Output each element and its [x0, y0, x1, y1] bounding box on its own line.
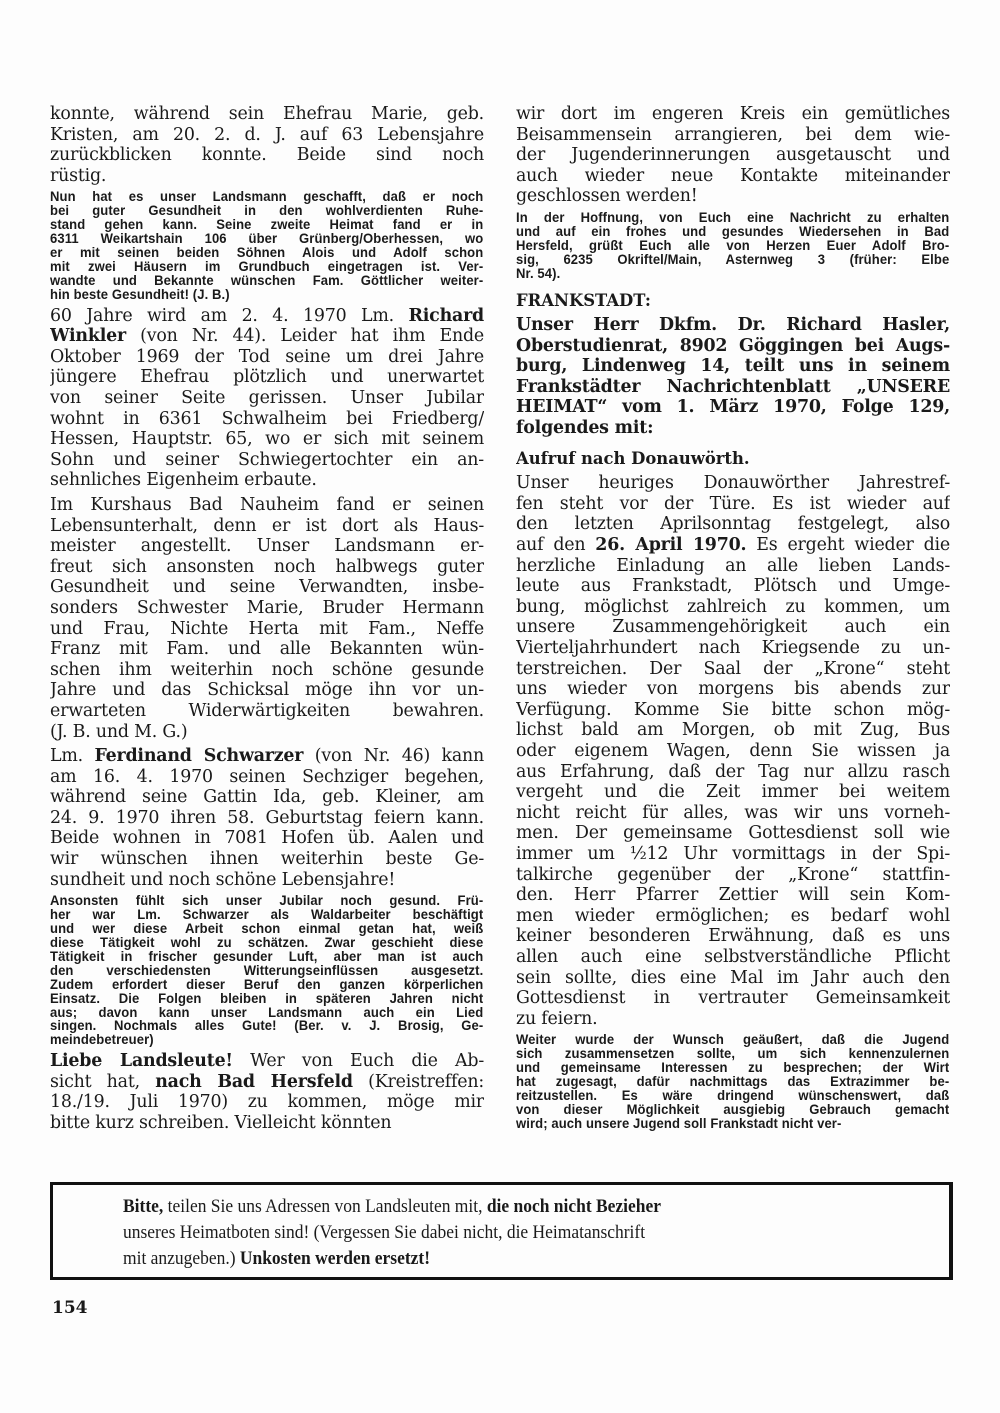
text-run: Unser Herr Dkfm. Dr. Richard Hasler,	[516, 315, 950, 335]
text-run: Beide wohnen in 7081 Hofen üb. Aalen und	[50, 828, 484, 848]
left-column: konnte, während sein Ehefrau Marie, geb.…	[50, 104, 484, 1134]
paragraph-winkler-work: Im Kurshaus Bad Nauheim fand er seinenLe…	[50, 495, 484, 742]
text-run: keiner besonderen Erwähnung, daß es uns	[516, 926, 950, 946]
text-line: den. Herr Pfarrer Zettier will sein Kom-	[516, 885, 950, 906]
text-line: Gottesdienst in vertrauter Gemeinsamkeit	[516, 988, 950, 1009]
bold-text: die noch nicht Bezieher	[487, 1196, 661, 1217]
text-run: Frankstädter Nachrichtenblatt „UNSERE	[516, 377, 950, 397]
text-line: und Frau, Nichte Herta mit Fam., Neffe	[50, 619, 484, 640]
text-line: wir dort im engeren Kreis ein gemütliche…	[516, 104, 950, 125]
text-run: sicht hat,	[50, 1072, 155, 1092]
text-line: keiner besonderen Erwähnung, daß es uns	[516, 926, 950, 947]
text-line: aus Erfahrung, daß der Tag nur allzu ras…	[516, 762, 950, 783]
text-run: nicht reicht für alles, was wir uns vorn…	[516, 803, 950, 823]
text-line: her war Lm. Schwarzer als Waldarbeiter b…	[50, 908, 483, 922]
text-run: hat zugesagt, dafür nachmittags das Extr…	[516, 1075, 949, 1089]
text-run: aus; davon kann unser Landsmann auch ein…	[50, 1006, 483, 1020]
text-run: und wer diese Arbeit schon einmal getan …	[50, 922, 483, 936]
text-run: den. Herr Pfarrer Zettier will sein Kom-	[516, 885, 950, 905]
paragraph-bad-hersfeld-call: Liebe Landsleute! Wer von Euch die Ab-si…	[50, 1051, 484, 1133]
text-run: freut sich ansonsten noch halbwegs guter	[50, 557, 484, 577]
text-line: freut sich ansonsten noch halbwegs guter	[50, 557, 484, 578]
text-run: folgendes mit:	[516, 418, 653, 438]
notice-text: Bitte, teilen Sie uns Adressen von Lands…	[123, 1194, 883, 1272]
text-line: nicht reicht für alles, was wir uns vorn…	[516, 803, 950, 824]
text-run: men. Der gemeinsame Gottesdienst soll wi…	[516, 823, 950, 843]
text-line: Unser Herr Dkfm. Dr. Richard Hasler,	[516, 315, 950, 336]
text-run: Im Kurshaus Bad Nauheim fand er seinen	[50, 495, 484, 515]
text-run: Jahre und das Schicksal möge ihn vor un-	[50, 680, 484, 700]
text-line: Kristen, am 20. 2. d. J. auf 63 Lebensja…	[50, 125, 484, 146]
bold-text: Jugend	[902, 1033, 949, 1047]
text-line: der Jugenderinnerungen ausgetauscht und	[516, 145, 950, 166]
text-line: vergeht und die Zeit immer bei weitem	[516, 782, 950, 803]
text-line: Nun hat es unser Landsmann geschafft, da…	[50, 190, 483, 204]
text-run: wandte und Bekannte wünschen Fam. Göttli…	[50, 274, 483, 288]
text-line: uns wieder von morgens bis abends zur	[516, 679, 950, 700]
text-run: 24. 9. 1970 ihren 58. Geburtstag feiern …	[50, 808, 484, 828]
paragraph-bad-hersfeld-continued: wir dort im engeren Kreis ein gemütliche…	[516, 104, 950, 207]
text-line: Liebe Landsleute! Wer von Euch die Ab-	[50, 1051, 484, 1072]
text-run: 6311 Weikartshain 106 über Grünberg/Ober…	[50, 232, 483, 246]
text-run: Gottesdienst in vertrauter Gemeinsamkeit	[516, 988, 950, 1008]
text-run: Sohn und seiner Schwiegertochter ein an-	[50, 450, 484, 470]
bold-text: nach Bad Hersfeld	[155, 1072, 353, 1092]
text-line: von seiner Seite gerissen. Unser Jubilar	[50, 388, 484, 409]
text-line: leute aus Frankstadt, Plötsch und Umge-	[516, 576, 950, 597]
text-line: mit zwei Häusern im Grundbuch eingetrage…	[50, 260, 483, 274]
text-line: Bitte, teilen Sie uns Adressen von Lands…	[123, 1194, 830, 1220]
text-line: zurückblicken konnte. Beide sind noch	[50, 145, 484, 166]
text-line: bei guter Gesundheit in den wohlverdient…	[50, 204, 483, 218]
text-run: den verschiedensten Witterungseinflüssen…	[50, 964, 483, 978]
text-run: und auf ein frohes und gesundes Wiederse…	[516, 225, 949, 239]
text-run: Es ergeht wieder die	[746, 535, 950, 555]
paragraph-schwarzer-birthday: Lm. Ferdinand Schwarzer (von Nr. 46) kan…	[50, 746, 484, 890]
subheading-aufruf: Aufruf nach Donauwörth.	[516, 449, 950, 470]
bold-text: 26. April 1970.	[595, 535, 746, 555]
text-run: (von Nr. 46) kann	[303, 746, 484, 766]
text-line: mit anzugeben.) Unkosten werden ersetzt!	[123, 1246, 830, 1272]
text-line: auf den 26. April 1970. Es ergeht wieder…	[516, 535, 950, 556]
text-run: oder eigenem Wagen, denn Sie wissen ja	[516, 741, 950, 761]
text-run: auch wieder neue Kontakte miteinander	[516, 166, 950, 186]
text-run: zurückblicken konnte. Beide sind noch	[50, 145, 484, 165]
text-run: geschlossen werden!	[516, 186, 698, 206]
text-line: rüstig.	[50, 166, 484, 187]
text-run: teilen Sie uns Adressen von Landsleuten …	[163, 1196, 487, 1217]
text-run: wird; auch unsere Jugend soll Frankstadt…	[516, 1117, 841, 1131]
text-line: zu feiern.	[516, 1009, 950, 1030]
text-run: Nun hat es unser Landsmann geschafft, da…	[50, 190, 483, 204]
text-line: den verschiedensten Witterungseinflüssen…	[50, 964, 483, 978]
right-column: wir dort im engeren Kreis ein gemütliche…	[516, 104, 950, 1131]
text-run: Lebensunterhalt, denn er ist dort als Ha…	[50, 516, 484, 536]
text-run: 60 Jahre wird am 2. 4. 1970 Lm.	[50, 306, 409, 326]
text-line: Vierteljahrhundert nach Kriegsende zu un…	[516, 638, 950, 659]
text-line: Lm. Ferdinand Schwarzer (von Nr. 46) kan…	[50, 746, 484, 767]
text-run: diese Tätigkeit wohl zu schätzen. Zwar g…	[50, 936, 483, 950]
text-run: Tätigkeit in frischer gesunder Luft, abe…	[50, 950, 483, 964]
text-run: rüstig.	[50, 166, 106, 186]
text-run: von seiner Seite gerissen. Unser Jubilar	[50, 388, 484, 408]
text-line: schen ihm weiterhin noch schöne gesunde	[50, 660, 484, 681]
text-line: terstreichen. Der Saal der „Krone“ steht	[516, 659, 950, 680]
text-run: wir dort im engeren Kreis ein gemütliche…	[516, 104, 950, 124]
text-line: Beide wohnen in 7081 Hofen üb. Aalen und	[50, 828, 484, 849]
text-line: am 16. 4. 1970 seinen Sechziger begehen,	[50, 767, 484, 788]
text-run: sig, 6235 Okriftel/Main, Asternweg 3 (fr…	[516, 253, 949, 267]
text-run: mit zwei Häusern im Grundbuch eingetrage…	[50, 260, 483, 274]
text-run: 18./19. Juli 1970) zu kommen, möge mir	[50, 1092, 484, 1112]
text-line: Jahre und das Schicksal möge ihn vor un-	[50, 680, 484, 701]
text-line: und wer diese Arbeit schon einmal getan …	[50, 922, 483, 936]
text-run: Gesundheit und seine Verwandten, insbe-	[50, 577, 484, 597]
text-run: bitte kurz schreiben. Vielleicht könnten	[50, 1113, 391, 1133]
text-line: HEIMAT“ vom 1. März 1970, Folge 129,	[516, 397, 950, 418]
text-run: meindebetreuer)	[50, 1033, 154, 1047]
notice-box: Bitte, teilen Sie uns Adressen von Lands…	[50, 1182, 953, 1280]
text-run: den letzten Aprilsonntag festgelegt, als…	[516, 514, 950, 534]
text-run: uns wieder von morgens bis abends zur	[516, 679, 950, 699]
text-line: sundheit und noch schöne Lebensjahre!	[50, 870, 484, 891]
text-line: während seine Gattin Ida, geb. Kleiner, …	[50, 787, 484, 808]
text-line: men. Der gemeinsame Gottesdienst soll wi…	[516, 823, 950, 844]
text-line: sig, 6235 Okriftel/Main, Asternweg 3 (fr…	[516, 253, 949, 267]
bold-text: Winkler	[50, 326, 126, 346]
text-run: sehnliches Eigenheim erbaute.	[50, 470, 317, 490]
text-run: Beisammensein arrangieren, bei dem wie-	[516, 125, 950, 145]
text-line: von dieser Möglichkeit ausgiebig Gebrauc…	[516, 1103, 949, 1117]
text-line: wir wünschen ihnen weiterhin beste Ge-	[50, 849, 484, 870]
text-line: unsere Zusammengehörigkeit auch ein	[516, 617, 950, 638]
text-line: hat zugesagt, dafür nachmittags das Extr…	[516, 1075, 949, 1089]
text-run: zu feiern.	[516, 1009, 598, 1029]
text-run: auf den	[516, 535, 595, 555]
text-run: fen steht vor der Türe. Es ist wieder au…	[516, 494, 950, 514]
text-run: leute aus Frankstadt, Plötsch und Umge-	[516, 576, 950, 596]
text-line: den letzten Aprilsonntag festgelegt, als…	[516, 514, 950, 535]
text-line: stand gehen kann. Seine zweite Heimat fa…	[50, 218, 483, 232]
text-line: Oktober 1969 der Tod seine um drei Jahre	[50, 347, 484, 368]
paragraph-goettlicher-intro: konnte, während sein Ehefrau Marie, geb.…	[50, 104, 484, 186]
text-run: aus Erfahrung, daß der Tag nur allzu ras…	[516, 762, 950, 782]
text-run: mit anzugeben.)	[123, 1248, 240, 1269]
text-run: während seine Gattin Ida, geb. Kleiner, …	[50, 787, 484, 807]
text-line: fen steht vor der Türe. Es ist wieder au…	[516, 494, 950, 515]
bold-text: Liebe Landsleute!	[50, 1051, 233, 1071]
text-run: (J. B. und M. G.)	[50, 722, 187, 742]
text-line: men wieder ermöglichen; es bedarf wohl	[516, 906, 950, 927]
text-run: Weiter wurde der Wunsch geäußert, daß di…	[516, 1033, 902, 1047]
paragraph-winkler-birthday: 60 Jahre wird am 2. 4. 1970 Lm. RichardW…	[50, 306, 484, 491]
text-line: folgendes mit:	[516, 418, 950, 439]
text-line: oder eigenem Wagen, denn Sie wissen ja	[516, 741, 950, 762]
section-heading-text: FRANKSTADT:	[516, 291, 950, 312]
text-run: konnte, während sein Ehefrau Marie, geb.	[50, 104, 484, 124]
text-line: burg, Lindenweg 14, teilt uns in seinem	[516, 356, 950, 377]
text-run: erwarteten Widerwärtigkeiten bewahren.	[50, 701, 484, 721]
text-run: Hersfeld, grüßt Euch alle von Herzen Eue…	[516, 239, 949, 253]
text-line: sein sollte, dies eine Mal im Jahr auch …	[516, 968, 950, 989]
text-run: unsere Zusammengehörigkeit auch ein	[516, 617, 950, 637]
text-line: talkirche gegenüber der „Krone“ stattfin…	[516, 865, 950, 886]
text-run: sein sollte, dies eine Mal im Jahr auch …	[516, 968, 950, 988]
text-line: er mit seinen beiden Söhnen Alois und Ad…	[50, 246, 483, 260]
text-run: jüngere Ehefrau plötzlich und unerwartet	[50, 367, 484, 387]
text-run: Ansonsten fühlt sich unser Jubilar noch …	[50, 894, 483, 908]
text-line: Franz mit Fam. und alle Bekannten wün-	[50, 639, 484, 660]
text-line: wird; auch unsere Jugend soll Frankstadt…	[516, 1117, 949, 1131]
text-line: 6311 Weikartshain 106 über Grünberg/Ober…	[50, 232, 483, 246]
text-run: unseres Heimatboten sind! (Vergessen Sie…	[123, 1222, 645, 1243]
text-run: hin beste Gesundheit! (J. B.)	[50, 288, 230, 302]
paragraph-hasler-intro: Unser Herr Dkfm. Dr. Richard Hasler,Ober…	[516, 315, 950, 439]
text-line: sicht hat, nach Bad Hersfeld (Kreistreff…	[50, 1072, 484, 1093]
text-run: meister angestellt. Unser Landsmann er-	[50, 536, 484, 556]
text-line: sich zusammensetzen sollte, um sich kenn…	[516, 1047, 949, 1061]
text-line: sehnliches Eigenheim erbaute.	[50, 470, 484, 491]
text-run: (Kreistreffen:	[353, 1072, 484, 1092]
text-run: Lm.	[50, 746, 94, 766]
text-line: Hessen, Hauptstr. 65, wo er sich mit sei…	[50, 429, 484, 450]
text-line: hin beste Gesundheit! (J. B.)	[50, 288, 483, 302]
text-run: Oktober 1969 der Tod seine um drei Jahre	[50, 347, 484, 367]
text-run: und Frau, Nichte Herta mit Fam., Neffe	[50, 619, 484, 639]
text-line: wohnt in 6361 Schwalheim bei Friedberg/	[50, 409, 484, 430]
text-run: (von Nr. 44). Leider hat ihm Ende	[126, 326, 484, 346]
text-run: talkirche gegenüber der „Krone“ stattfin…	[516, 865, 950, 885]
text-run: Einsatz. Die Folgen bleiben in späteren …	[50, 992, 483, 1006]
text-run: HEIMAT“ vom 1. März 1970, Folge 129,	[516, 397, 950, 417]
text-run: am 16. 4. 1970 seinen Sechziger begehen,	[50, 767, 484, 787]
text-run: stand gehen kann. Seine zweite Heimat fa…	[50, 218, 483, 232]
text-line: Zudem erfordert dieser Beruf den ganzen …	[50, 978, 483, 992]
text-line: meindebetreuer)	[50, 1033, 483, 1047]
text-run: men wieder ermöglichen; es bedarf wohl	[516, 906, 950, 926]
text-run: sonders Schwester Marie, Bruder Hermann	[50, 598, 484, 618]
paragraph-brosig-signoff: In der Hoffnung, von Euch eine Nachricht…	[516, 211, 950, 281]
text-line: Unser heuriges Donauwörther Jahrestref-	[516, 473, 950, 494]
text-run: reitzustellen. Es wäre dringend wünschen…	[516, 1089, 949, 1103]
text-line: Lebensunterhalt, denn er ist dort als Ha…	[50, 516, 484, 537]
text-line: In der Hoffnung, von Euch eine Nachricht…	[516, 211, 949, 225]
text-line: unseres Heimatboten sind! (Vergessen Sie…	[123, 1220, 830, 1246]
text-line: bung, möglichst zahlreich zu kommen, um	[516, 597, 950, 618]
paragraph-goettlicher-retirement: Nun hat es unser Landsmann geschafft, da…	[50, 190, 484, 301]
text-line: Oberstudienrat, 8902 Göggingen bei Augs-	[516, 336, 950, 357]
bold-text: Unkosten werden ersetzt!	[240, 1248, 430, 1269]
text-run: schen ihm weiterhin noch schöne gesunde	[50, 660, 484, 680]
text-run: Verfügung. Komme Sie bitte schon mög-	[516, 700, 950, 720]
text-line: Sohn und seiner Schwiegertochter ein an-	[50, 450, 484, 471]
text-run: In der Hoffnung, von Euch eine Nachricht…	[516, 211, 949, 225]
text-run: singen. Nochmals alles Gute! (Ber. v. J.…	[50, 1019, 483, 1033]
text-line: Winkler (von Nr. 44). Leider hat ihm End…	[50, 326, 484, 347]
text-line: aus; davon kann unser Landsmann auch ein…	[50, 1006, 483, 1020]
subheading-text: Aufruf nach Donauwörth.	[516, 449, 950, 470]
text-run: burg, Lindenweg 14, teilt uns in seinem	[516, 356, 950, 376]
text-line: und auf ein frohes und gesundes Wiederse…	[516, 225, 949, 239]
text-run: allen auch eine selbstverständliche Pfli…	[516, 947, 950, 967]
text-run: Oberstudienrat, 8902 Göggingen bei Augs-	[516, 336, 950, 356]
text-line: Hersfeld, grüßt Euch alle von Herzen Eue…	[516, 239, 949, 253]
text-run: Hessen, Hauptstr. 65, wo er sich mit sei…	[50, 429, 484, 449]
text-line: lichst bald am Morgen, ob mit Zug, Bus	[516, 720, 950, 741]
text-line: Beisammensein arrangieren, bei dem wie-	[516, 125, 950, 146]
bold-text: Bitte,	[123, 1196, 163, 1217]
bold-text: Ferdinand Schwarzer	[94, 746, 303, 766]
text-line: Gesundheit und seine Verwandten, insbe-	[50, 577, 484, 598]
paragraph-youth-meeting: Weiter wurde der Wunsch geäußert, daß di…	[516, 1033, 950, 1130]
text-line: wandte und Bekannte wünschen Fam. Göttli…	[50, 274, 483, 288]
text-run: herzliche Einladung an alle lieben Lands…	[516, 556, 950, 576]
text-line: und gemeinsame Interessen zu besprechen;…	[516, 1061, 949, 1075]
text-run: vergeht und die Zeit immer bei weitem	[516, 782, 950, 802]
text-run: her war Lm. Schwarzer als Waldarbeiter b…	[50, 908, 483, 922]
text-line: geschlossen werden!	[516, 186, 950, 207]
text-run: Nr. 54).	[516, 267, 560, 281]
text-line: diese Tätigkeit wohl zu schätzen. Zwar g…	[50, 936, 483, 950]
text-run: Unser heuriges Donauwörther Jahrestref-	[516, 473, 950, 493]
text-run: der Jugenderinnerungen ausgetauscht und	[516, 145, 950, 165]
text-line: reitzustellen. Es wäre dringend wünschen…	[516, 1089, 949, 1103]
text-line: immer um ½12 Uhr vormittags in der Spi-	[516, 844, 950, 865]
text-run: und gemeinsame Interessen zu besprechen;…	[516, 1061, 949, 1075]
text-line: auch wieder neue Kontakte miteinander	[516, 166, 950, 187]
text-line: Tätigkeit in frischer gesunder Luft, abe…	[50, 950, 483, 964]
text-line: 60 Jahre wird am 2. 4. 1970 Lm. Richard	[50, 306, 484, 327]
text-run: terstreichen. Der Saal der „Krone“ steht	[516, 659, 950, 679]
text-line: bitte kurz schreiben. Vielleicht könnten	[50, 1113, 484, 1134]
text-run: bei guter Gesundheit in den wohlverdient…	[50, 204, 483, 218]
paragraph-donauwoerth-meeting: Unser heuriges Donauwörther Jahrestref-f…	[516, 473, 950, 1029]
text-run: Zudem erfordert dieser Beruf den ganzen …	[50, 978, 483, 992]
text-line: Verfügung. Komme Sie bitte schon mög-	[516, 700, 950, 721]
text-run: wir wünschen ihnen weiterhin beste Ge-	[50, 849, 484, 869]
paragraph-schwarzer-details: Ansonsten fühlt sich unser Jubilar noch …	[50, 894, 484, 1047]
text-line: herzliche Einladung an alle lieben Lands…	[516, 556, 950, 577]
text-run: von dieser Möglichkeit ausgiebig Gebrauc…	[516, 1103, 949, 1117]
text-line: allen auch eine selbstverständliche Pfli…	[516, 947, 950, 968]
text-run: immer um ½12 Uhr vormittags in der Spi-	[516, 844, 950, 864]
text-run: bung, möglichst zahlreich zu kommen, um	[516, 597, 950, 617]
text-line: 18./19. Juli 1970) zu kommen, möge mir	[50, 1092, 484, 1113]
section-heading-frankstadt: FRANKSTADT:	[516, 291, 950, 312]
text-line: erwarteten Widerwärtigkeiten bewahren.	[50, 701, 484, 722]
newsletter-page: konnte, während sein Ehefrau Marie, geb.…	[0, 0, 1000, 1413]
text-line: jüngere Ehefrau plötzlich und unerwartet	[50, 367, 484, 388]
text-run: er mit seinen beiden Söhnen Alois und Ad…	[50, 246, 483, 260]
text-run: Vierteljahrhundert nach Kriegsende zu un…	[516, 638, 950, 658]
text-run: lichst bald am Morgen, ob mit Zug, Bus	[516, 720, 950, 740]
text-line: Einsatz. Die Folgen bleiben in späteren …	[50, 992, 483, 1006]
text-run: Kristen, am 20. 2. d. J. auf 63 Lebensja…	[50, 125, 484, 145]
page-number: 154	[52, 1298, 88, 1318]
text-run: sundheit und noch schöne Lebensjahre!	[50, 870, 395, 890]
text-run: sich zusammensetzen sollte, um sich kenn…	[516, 1047, 949, 1061]
text-line: meister angestellt. Unser Landsmann er-	[50, 536, 484, 557]
text-line: Im Kurshaus Bad Nauheim fand er seinen	[50, 495, 484, 516]
bold-text: Richard	[409, 306, 484, 326]
text-line: Weiter wurde der Wunsch geäußert, daß di…	[516, 1033, 949, 1047]
text-line: Ansonsten fühlt sich unser Jubilar noch …	[50, 894, 483, 908]
text-line: singen. Nochmals alles Gute! (Ber. v. J.…	[50, 1019, 483, 1033]
text-line: Frankstädter Nachrichtenblatt „UNSERE	[516, 377, 950, 398]
text-line: (J. B. und M. G.)	[50, 722, 484, 743]
text-line: Nr. 54).	[516, 267, 949, 281]
text-run: Wer von Euch die Ab-	[233, 1051, 484, 1071]
text-line: 24. 9. 1970 ihren 58. Geburtstag feiern …	[50, 808, 484, 829]
text-line: konnte, während sein Ehefrau Marie, geb.	[50, 104, 484, 125]
text-run: Franz mit Fam. und alle Bekannten wün-	[50, 639, 484, 659]
text-run: wohnt in 6361 Schwalheim bei Friedberg/	[50, 409, 484, 429]
text-line: sonders Schwester Marie, Bruder Hermann	[50, 598, 484, 619]
